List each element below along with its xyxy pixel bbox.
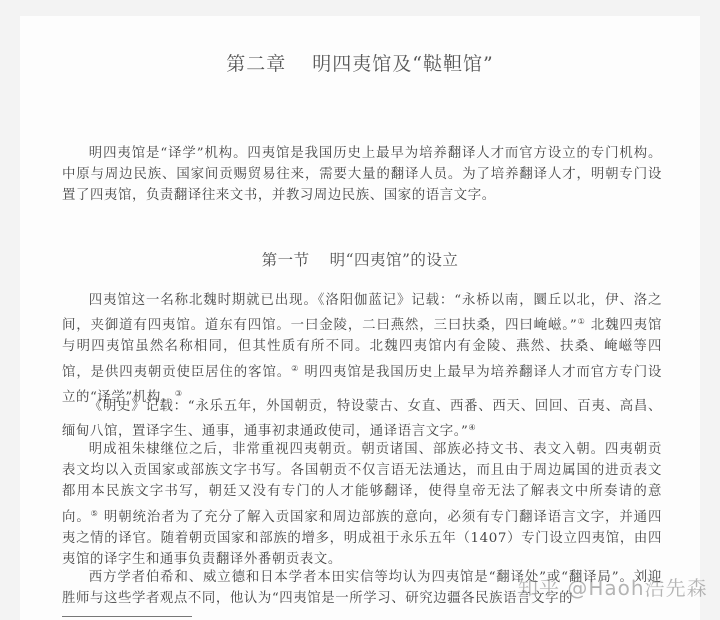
- section-number: 第一节: [262, 251, 310, 269]
- body-paragraph: 《明史》记载：“永乐五年，外国朝贡，特设蒙古、女直、西番、西天、回回、百夷、高昌…: [62, 396, 662, 442]
- footnote-ref[interactable]: ②: [291, 364, 299, 373]
- section-name: 明“四夷馆”的设立: [330, 251, 459, 269]
- footnote-ref[interactable]: ①: [577, 317, 585, 326]
- intro-paragraph: 明四夷馆是“译学”机构。四夷馆是我国历史上最早为培养翻译人才而官方设立的专门机构…: [62, 143, 662, 207]
- chapter-title: 第二章明四夷馆及“鞑靼馆”: [20, 49, 700, 76]
- chapter-name: 明四夷馆及“鞑靼馆”: [312, 53, 493, 75]
- body-paragraph: 明成祖朱棣继位之后，非常重视四夷朝贡。朝贡诸国、部族必持文书、表文入朝。四夷朝贡…: [62, 439, 662, 570]
- footnote-divider: [62, 616, 192, 617]
- scanned-page: 第二章明四夷馆及“鞑靼馆” 明四夷馆是“译学”机构。四夷馆是我国历史上最早为培养…: [20, 16, 700, 620]
- body-paragraph: 四夷馆这一名称北魏时期就已出现。《洛阳伽蓝记》记载：“永桥以南，圜丘以北，伊、洛…: [62, 290, 662, 408]
- watermark: 知乎 @Haoh浩先森: [518, 572, 708, 601]
- section-title: 第一节明“四夷馆”的设立: [20, 248, 700, 270]
- chapter-number: 第二章: [226, 53, 286, 75]
- footnote-ref[interactable]: ④: [468, 423, 476, 432]
- footnote-ref[interactable]: ⑤: [91, 509, 99, 518]
